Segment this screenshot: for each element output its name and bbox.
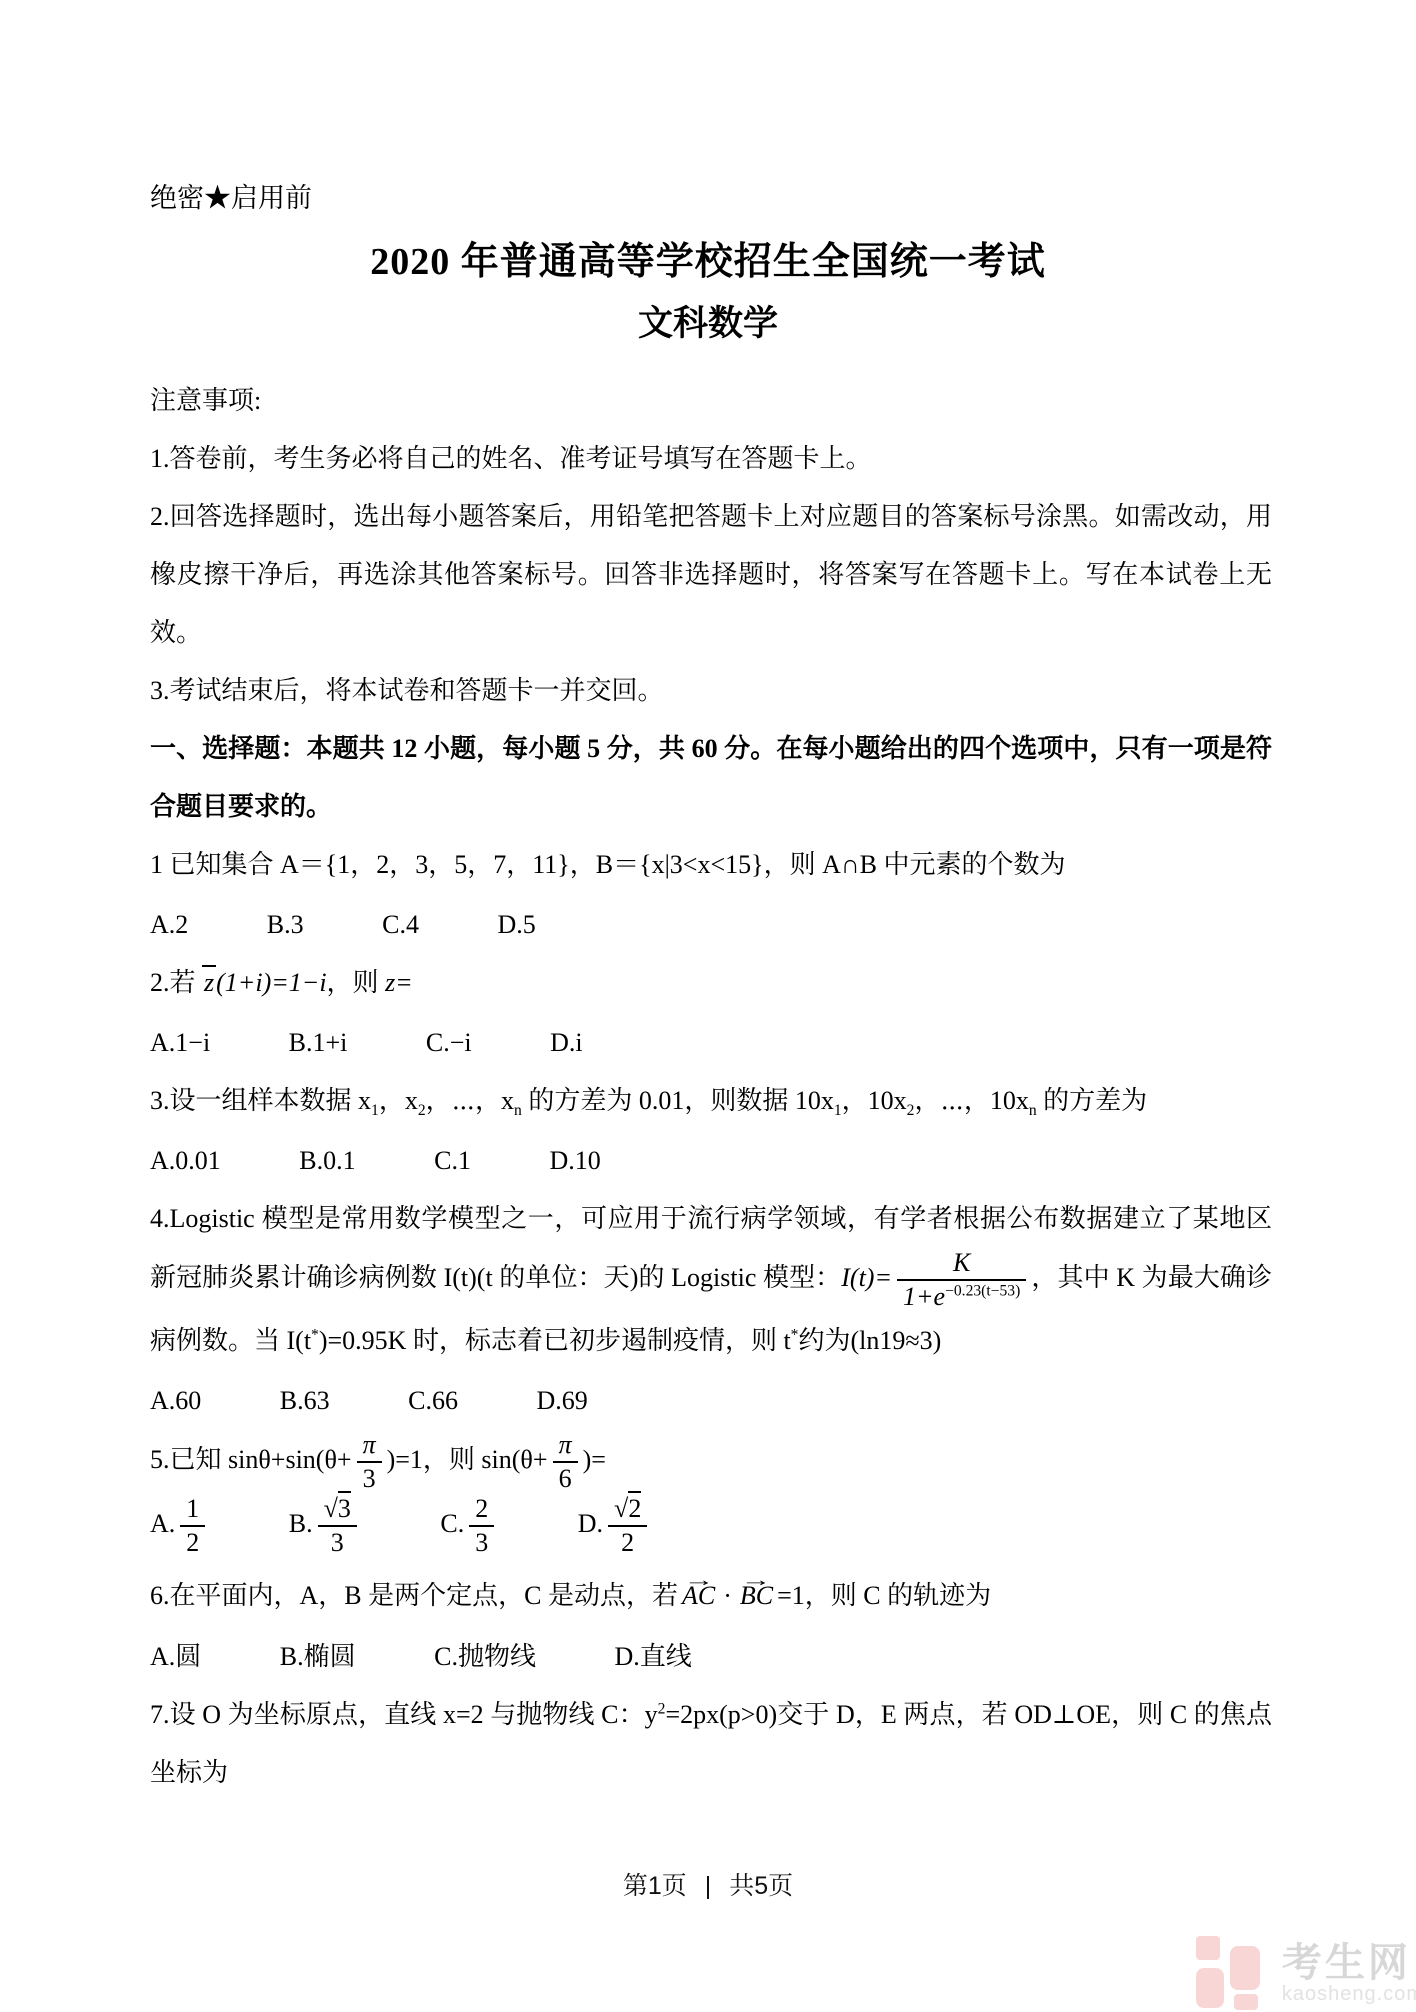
- option-4c: C.66: [408, 1372, 458, 1430]
- question-6-stem: 6.在平面内，A，B 是两个定点，C 是动点，若AC·BC=1，则 C 的轨迹为: [150, 1557, 1272, 1625]
- option-6c: C.抛物线: [434, 1628, 536, 1686]
- option-6d: D.直线: [614, 1628, 691, 1686]
- option-5a: A.12: [150, 1494, 210, 1558]
- option-3b: B.0.1: [299, 1132, 355, 1190]
- logistic-formula-lead: I(t)=: [841, 1263, 892, 1292]
- option-4d: D.69: [536, 1372, 587, 1430]
- option-1d: D.5: [497, 896, 535, 954]
- q3-text: 3.设一组样本数据 x: [150, 1086, 371, 1115]
- question-2-options: A.1−i B.1+i C.−i D.i: [150, 1012, 1272, 1072]
- q5-text: 5.已知 sinθ+sin(θ+: [150, 1445, 352, 1474]
- watermark-domain-text: kaosheng.com: [1282, 1984, 1416, 2005]
- question-4-stem: 4.Logistic 模型是常用数学模型之一，可应用于流行病学领域，有学者根据公…: [150, 1190, 1272, 1370]
- page-total: 共5页: [729, 1872, 793, 1900]
- option-2a: A.1−i: [150, 1014, 210, 1072]
- question-7-stem: 7.设 O 为坐标原点，直线 x=2 与抛物线 C：y2=2px(p>0)交于 …: [150, 1686, 1272, 1802]
- option-1b: B.3: [267, 896, 304, 954]
- page-footer: 第1页|共5页: [0, 1866, 1416, 1902]
- option-2d: D.i: [550, 1014, 583, 1072]
- q2-equation-end: z=: [385, 968, 413, 997]
- note-item-3: 3.考试结束后，将本试卷和答题卡一并交回。: [150, 662, 1272, 720]
- sqrt-fraction: √22: [608, 1494, 647, 1558]
- sqrt-fraction: √33: [318, 1494, 357, 1558]
- kaosheng-watermark: 考生网 kaosheng.com: [1196, 1936, 1416, 2010]
- subscript: 1: [371, 1102, 379, 1119]
- page-number: 第1页: [623, 1872, 687, 1900]
- option-5d: D.√22: [578, 1494, 653, 1558]
- logistic-formula-fraction: K1+e−0.23(t−53): [897, 1248, 1026, 1312]
- kaosheng-logo-icon: [1196, 1936, 1266, 2010]
- option-4a: A.60: [150, 1372, 201, 1430]
- subscript: 1: [834, 1102, 842, 1119]
- option-2b: B.1+i: [289, 1014, 348, 1072]
- option-3c: C.1: [434, 1132, 471, 1190]
- option-5b: B.√33: [289, 1494, 362, 1558]
- question-2-stem: 2.若 z(1+i)=1−i，则 z=: [150, 954, 1272, 1012]
- question-5-options: A.12 B.√33 C.23 D.√22: [150, 1494, 1272, 1558]
- note-item-1: 1.答卷前，考生务必将自己的姓名、准考证号填写在答题卡上。: [150, 430, 1272, 488]
- note-item-2: 2.回答选择题时，选出每小题答案后，用铅笔把答题卡上对应题目的答案标号涂黑。如需…: [150, 488, 1272, 662]
- subscript: n: [514, 1102, 522, 1119]
- dot-product-symbol: ·: [723, 1581, 732, 1610]
- subscript: n: [1029, 1102, 1037, 1119]
- exam-subject-title: 文科数学: [0, 296, 1416, 346]
- question-3-stem: 3.设一组样本数据 x1，x2，⋯，xn 的方差为 0.01，则数据 10x1，…: [150, 1072, 1272, 1130]
- security-notice: 绝密★启用前: [150, 176, 312, 215]
- subscript: 2: [418, 1102, 426, 1119]
- fraction: 12: [180, 1494, 205, 1558]
- question-6-options: A.圆 B.椭圆 C.抛物线 D.直线: [150, 1625, 1272, 1685]
- z-conjugate-symbol: z: [202, 965, 216, 996]
- option-2c: C.−i: [426, 1014, 472, 1072]
- question-4-options: A.60 B.63 C.66 D.69: [150, 1370, 1272, 1430]
- watermark-brand-text: 考生网: [1282, 1942, 1416, 1984]
- option-5c: C.23: [440, 1494, 499, 1558]
- option-6a: A.圆: [150, 1628, 201, 1686]
- q2-text-mid: ，则: [327, 968, 386, 997]
- pi-over-6-fraction: π6: [553, 1430, 578, 1494]
- radical-sign: √: [614, 1494, 628, 1523]
- section-1-heading: 一、选择题：本题共 12 小题，每小题 5 分，共 60 分。在每小题给出的四个…: [150, 720, 1272, 836]
- vector-AC: AC: [682, 1557, 715, 1625]
- pi-over-3-fraction: π3: [357, 1430, 382, 1494]
- q6-text: 6.在平面内，A，B 是两个定点，C 是动点，若: [150, 1581, 678, 1610]
- option-4b: B.63: [280, 1372, 330, 1430]
- radical-sign: √: [324, 1494, 338, 1523]
- option-1c: C.4: [382, 896, 419, 954]
- notes-heading: 注意事项:: [150, 372, 1272, 430]
- option-3a: A.0.01: [150, 1132, 221, 1190]
- option-6b: B.椭圆: [280, 1628, 356, 1686]
- question-1-stem: 1 已知集合 A＝{1，2，3，5，7，11}，B＝{x|3<x<15}，则 A…: [150, 836, 1272, 894]
- option-3d: D.10: [549, 1132, 600, 1190]
- fraction: 23: [469, 1494, 494, 1558]
- footer-separator: |: [705, 1872, 712, 1900]
- question-1-options: A.2 B.3 C.4 D.5: [150, 894, 1272, 954]
- q2-equation: (1+i)=1−i: [216, 968, 326, 997]
- exam-body: 注意事项: 1.答卷前，考生务必将自己的姓名、准考证号填写在答题卡上。 2.回答…: [150, 372, 1272, 1802]
- exam-title: 2020 年普通高等学校招生全国统一考试: [0, 230, 1416, 285]
- question-5-stem: 5.已知 sinθ+sin(θ+π3)=1，则 sin(θ+π6)=: [150, 1430, 1272, 1494]
- option-1a: A.2: [150, 896, 188, 954]
- question-3-options: A.0.01 B.0.1 C.1 D.10: [150, 1130, 1272, 1190]
- q2-text: 2.若: [150, 968, 196, 997]
- exam-paper-page: 绝密★启用前 2020 年普通高等学校招生全国统一考试 文科数学 注意事项: 1…: [0, 0, 1416, 2012]
- q7-text: 7.设 O 为坐标原点，直线 x=2 与抛物线 C：y: [150, 1700, 658, 1729]
- vector-BC: BC: [740, 1557, 773, 1625]
- t-star-superscript: *: [311, 1326, 319, 1343]
- exponent: −0.23(t−53): [945, 1282, 1020, 1299]
